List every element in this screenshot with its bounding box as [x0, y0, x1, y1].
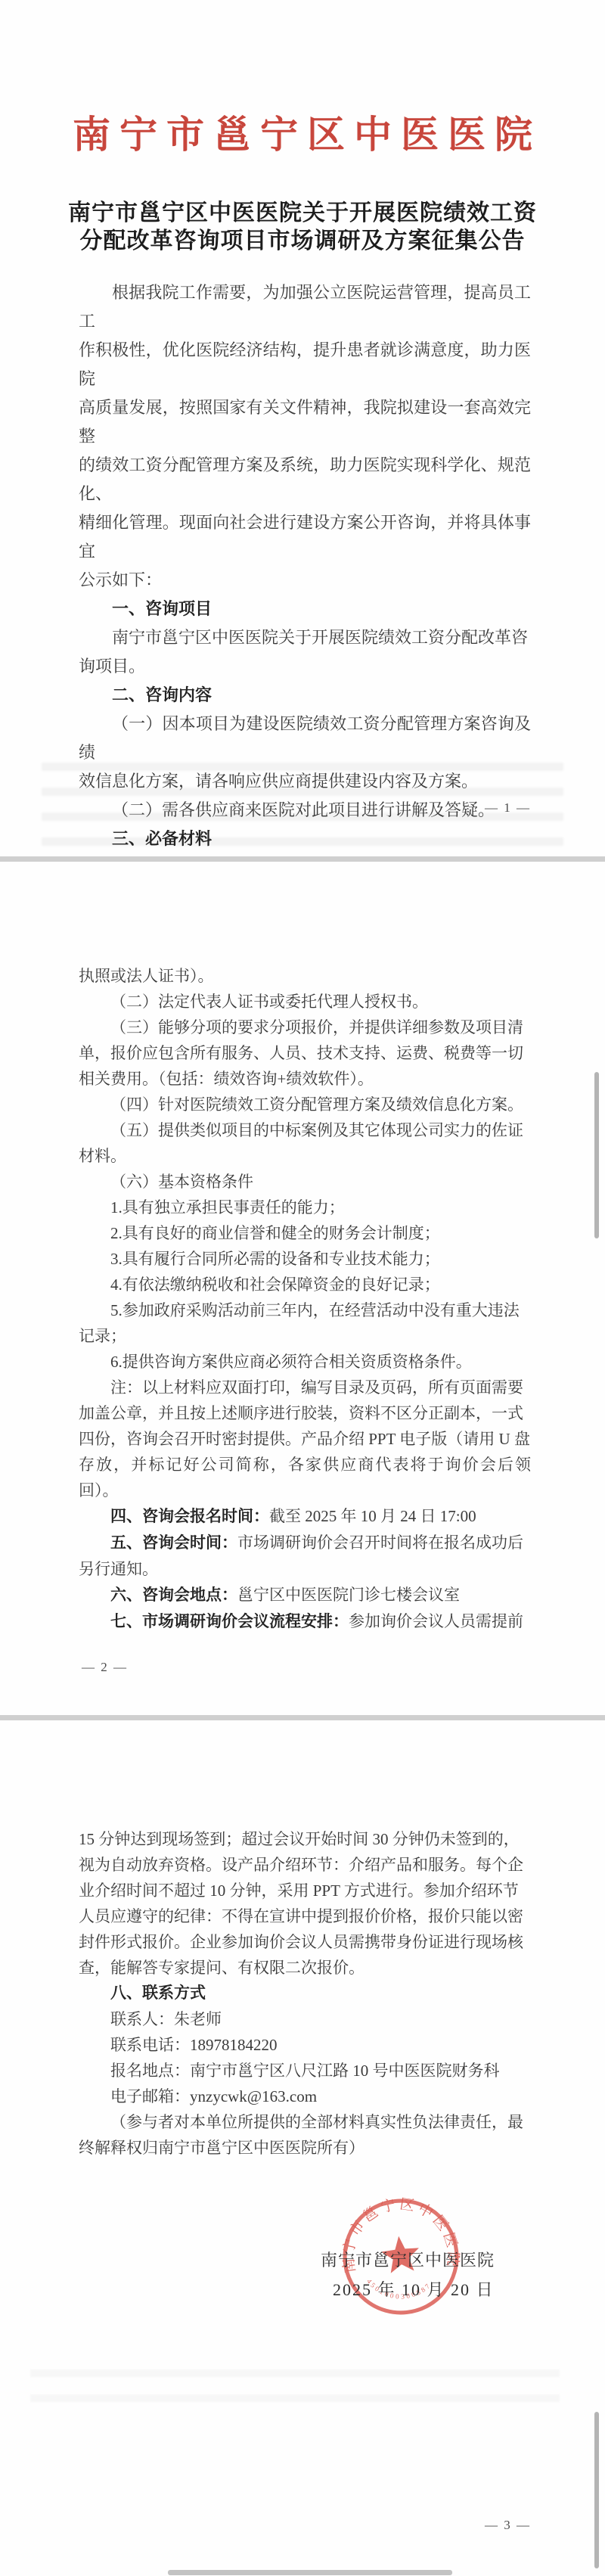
line-text: 邕宁区中医医院门诊七楼会议室: [237, 1586, 460, 1604]
vertical-scrollbar-thumb[interactable]: [594, 2412, 599, 2568]
text-line: 3.具有履行合同所必需的设备和专业技术能力；: [79, 1246, 531, 1272]
line-text: 根据我院工作需要，为加强公立医院运营管理，提高员工工: [79, 283, 531, 331]
text-line: 记录；: [79, 1323, 531, 1349]
line-text: 查，能解答专家提问、有权限二次报价。: [79, 1959, 365, 1977]
line-text: 单，报价应包含所有服务、人员、技术支持、运费、税费等一切: [79, 1044, 523, 1062]
line-text: 南宁市邕宁区中医医院关于开展医院绩效工资分配改革咨: [112, 628, 528, 647]
line-text: 效信息化方案，请各响应供应商提供建设内容及方案。: [79, 772, 478, 791]
text-line: 根据我院工作需要，为加强公立医院运营管理，提高员工工: [79, 278, 531, 336]
document-title-line2: 分配改革咨询项目市场调研及方案征集公告: [0, 222, 605, 255]
line-text: 视为自动放弃资格。设产品介绍环节：介绍产品和服务。每个企: [79, 1856, 523, 1874]
text-line: 一、咨询项目: [79, 595, 531, 623]
text-line: 1.具有独立承担民事责任的能力；: [79, 1195, 531, 1220]
text-line: 联系人：朱老师: [79, 2006, 531, 2032]
line-text: 4.有依法缴纳税收和社会保障资金的良好记录；: [110, 1276, 440, 1294]
line-text: 的绩效工资分配管理方案及系统，助力医院实现科学化、规范化、: [79, 455, 531, 503]
line-text: 6.提供咨询方案供应商必须符合相关资质资格条件。: [110, 1353, 472, 1371]
line-text: 加盖公章，并且按上述顺序进行胶装，资料不区分正副本，一式: [79, 1404, 523, 1422]
line-lead: 四、咨询会报名时间：: [110, 1508, 269, 1525]
line-text: 执照或法人证书）。: [79, 967, 214, 985]
text-line: （五）提供类似项目的中标案例及其它体现公司实力的佐证: [79, 1117, 531, 1143]
text-line: 作积极性，优化医院经济结构，提升患者就诊满意度，助力医院: [79, 336, 531, 393]
line-text: 1.具有独立承担民事责任的能力；: [110, 1198, 345, 1217]
text-line: （三）能够分项的要求分项报价，并提供详细参数及项目清: [79, 1015, 531, 1040]
text-line: 询项目。: [79, 652, 531, 681]
line-text: 高质量发展，按照国家有关文件精神，我院拟建设一套高效完整: [79, 398, 531, 446]
text-line: 精细化管理。现面向社会进行建设方案公开咨询，并将具体事宜: [79, 508, 531, 566]
line-text: 三、必备材料: [112, 829, 212, 848]
text-line: 封件形式报价。企业参加询价会议人员需携带身份证进行现场核: [79, 1929, 531, 1955]
line-text: （二）需各供应商来医院对此项目进行讲解及答疑。: [112, 800, 495, 819]
line-text: 15 分钟达到现场签到；超过会议开始时间 30 分钟仍未签到的，: [79, 1830, 520, 1848]
line-text: 报名地点：南宁市邕宁区八尺江路 10 号中医医院财务科: [110, 2062, 500, 2080]
line-text: （五）提供类似项目的中标案例及其它体现公司实力的佐证: [110, 1121, 523, 1139]
text-line: 6.提供咨询方案供应商必须符合相关资质资格条件。: [79, 1349, 531, 1375]
text-line: 业介绍时间不超过 10 分钟，采用 PPT 方式进行。参加介绍环节: [79, 1878, 531, 1903]
line-lead: 六、咨询会地点：: [110, 1586, 237, 1604]
line-text: 电子邮箱：ynzycwk@163.com: [110, 2087, 317, 2105]
line-text: 一、咨询项目: [112, 599, 212, 618]
line-text: 截至 2025 年 10 月 24 日 17:00: [269, 1507, 476, 1525]
line-text: （六）基本资格条件: [110, 1173, 253, 1191]
hospital-letterhead: 南宁市邕宁区中医医院: [0, 104, 605, 159]
text-line: 材料。: [79, 1143, 531, 1169]
text-line: 15 分钟达到现场签到；超过会议开始时间 30 分钟仍未签到的，: [79, 1826, 531, 1852]
line-text: 2.具有良好的商业信誉和健全的财务会计制度；: [110, 1224, 440, 1242]
line-text: 注：以上材料应双面打印，编写目录及页码，所有页面需要: [110, 1378, 523, 1397]
text-line: 执照或法人证书）。: [79, 963, 531, 989]
line-text: 市场调研询价会召开时间将在报名成功后: [237, 1533, 523, 1552]
line-text: （参与者对本单位所提供的全部材料真实性负法律责任，最: [110, 2113, 523, 2131]
page-2-body: 执照或法人证书）。（二）法定代表人证书或委托代理人授权书。（三）能够分项的要求分…: [79, 963, 531, 1635]
text-line: （二）需各供应商来医院对此项目进行讲解及答疑。: [79, 796, 531, 825]
signature-date: 2025 年 10 月 20 日: [333, 2277, 495, 2301]
print-through-ghosting: [30, 2369, 560, 2419]
line-text: （一）因本项目为建设医院绩效工资分配管理方案咨询及绩: [79, 714, 531, 762]
text-line: 报名地点：南宁市邕宁区八尺江路 10 号中医医院财务科: [79, 2058, 531, 2083]
text-line: 相关费用。（包括：绩效咨询+绩效软件）。: [79, 1066, 531, 1092]
page-3: 15 分钟达到现场签到；超过会议开始时间 30 分钟仍未签到的，视为自动放弃资格…: [0, 1720, 605, 2576]
vertical-scrollbar-thumb[interactable]: [594, 1072, 599, 1238]
text-line: 4.有依法缴纳税收和社会保障资金的良好记录；: [79, 1272, 531, 1297]
line-text: 另行通知。: [79, 1560, 158, 1578]
page-3-body: 15 分钟达到现场签到；超过会议开始时间 30 分钟仍未签到的，视为自动放弃资格…: [79, 1826, 531, 2161]
horizontal-scrollbar-thumb[interactable]: [168, 2570, 452, 2575]
line-text: 联系电话：18978184220: [110, 2036, 278, 2054]
line-text: 终解释权归南宁市邕宁区中医医院所有）: [79, 2139, 365, 2157]
text-line: （一）因本项目为建设医院绩效工资分配管理方案咨询及绩: [79, 710, 531, 767]
text-line: 南宁市邕宁区中医医院关于开展医院绩效工资分配改革咨: [79, 623, 531, 652]
line-text: 作积极性，优化医院经济结构，提升患者就诊满意度，助力医院: [79, 340, 531, 388]
line-lead: 七、市场调研询价会议流程安排：: [110, 1613, 349, 1630]
page-number-2: — 2 —: [82, 1660, 128, 1675]
line-text: （三）能够分项的要求分项报价，并提供详细参数及项目清: [110, 1018, 523, 1036]
text-line: 六、咨询会地点：邕宁区中医医院门诊七楼会议室: [79, 1582, 531, 1608]
text-line: （参与者对本单位所提供的全部材料真实性负法律责任，最: [79, 2109, 531, 2135]
text-line: 终解释权归南宁市邕宁区中医医院所有）: [79, 2135, 531, 2161]
line-text: 5.参加政府采购活动前三年内，在经营活动中没有重大违法: [110, 1301, 520, 1319]
text-line: 三、必备材料: [79, 825, 531, 853]
line-text: （二）法定代表人证书或委托代理人授权书。: [110, 993, 428, 1011]
text-line: 七、市场调研询价会议流程安排：参加询价会议人员需提前: [79, 1608, 531, 1635]
text-line: 联系电话：18978184220: [79, 2032, 531, 2058]
line-text: 人员应遵守的纪律：不得在宣讲中提到报价价格，报价只能以密: [79, 1907, 523, 1925]
text-line: 注：以上材料应双面打印，编写目录及页码，所有页面需要: [79, 1375, 531, 1400]
text-line: 四、咨询会报名时间：截至 2025 年 10 月 24 日 17:00: [79, 1503, 531, 1530]
line-text: 精细化管理。现面向社会进行建设方案公开咨询，并将具体事宜: [79, 513, 531, 561]
page-number-3: — 3 —: [485, 2518, 531, 2533]
line-text: 3.具有履行合同所必需的设备和专业技术能力；: [110, 1250, 440, 1268]
text-line: （六）基本资格条件: [79, 1169, 531, 1195]
text-line: 电子邮箱：ynzycwk@163.com: [79, 2083, 531, 2109]
page-divider: [0, 856, 605, 862]
page-2: 执照或法人证书）。（二）法定代表人证书或委托代理人授权书。（三）能够分项的要求分…: [0, 862, 605, 1715]
text-line: 四份，咨询会召开时密封提供。产品介绍 PPT 电子版（请用 U 盘: [79, 1426, 531, 1452]
text-line: 另行通知。: [79, 1556, 531, 1582]
text-line: 高质量发展，按照国家有关文件精神，我院拟建设一套高效完整: [79, 393, 531, 451]
text-line: （二）法定代表人证书或委托代理人授权书。: [79, 989, 531, 1015]
text-line: 效信息化方案，请各响应供应商提供建设内容及方案。: [79, 767, 531, 796]
text-line: 查，能解答专家提问、有权限二次报价。: [79, 1955, 531, 1981]
text-line: 2.具有良好的商业信誉和健全的财务会计制度；: [79, 1220, 531, 1246]
page-number-1: — 1 —: [485, 800, 531, 816]
line-text: 存放，并标记好公司简称，各家供应商代表将于询价会后领回）。: [79, 1456, 531, 1499]
line-lead: 五、咨询会时间：: [110, 1534, 237, 1552]
line-text: 询项目。: [79, 657, 145, 676]
page-1: 南宁市邕宁区中医医院 南宁市邕宁区中医医院关于开展医院绩效工资 分配改革咨询项目…: [0, 0, 605, 856]
text-line: 二、咨询内容: [79, 681, 531, 710]
line-text: 联系人：朱老师: [110, 2010, 222, 2028]
document-viewer: 南宁市邕宁区中医医院 南宁市邕宁区中医医院关于开展医院绩效工资 分配改革咨询项目…: [0, 0, 605, 2576]
line-text: 参加询价会议人员需提前: [349, 1612, 523, 1630]
text-line: 的绩效工资分配管理方案及系统，助力医院实现科学化、规范化、: [79, 451, 531, 508]
line-text: 材料。: [79, 1147, 126, 1165]
text-line: 人员应遵守的纪律：不得在宣讲中提到报价价格，报价只能以密: [79, 1903, 531, 1929]
line-text: 封件形式报价。企业参加询价会议人员需携带身份证进行现场核: [79, 1933, 523, 1951]
line-text: 相关费用。（包括：绩效咨询+绩效软件）。: [79, 1070, 374, 1088]
line-text: 四份，咨询会召开时密封提供。产品介绍 PPT 电子版（请用 U 盘: [79, 1430, 530, 1448]
text-line: 加盖公章，并且按上述顺序进行胶装，资料不区分正副本，一式: [79, 1400, 531, 1426]
text-line: 公示如下：: [79, 566, 531, 595]
text-line: 5.参加政府采购活动前三年内，在经营活动中没有重大违法: [79, 1297, 531, 1323]
line-text: 记录；: [79, 1327, 126, 1345]
line-text: 公示如下：: [79, 570, 162, 589]
text-line: 八、联系方式: [79, 1981, 531, 2006]
signature-hospital-name: 南宁市邕宁区中医医院: [321, 2248, 495, 2271]
line-text: （四）针对医院绩效工资分配管理方案及绩效信息化方案。: [110, 1095, 523, 1114]
text-line: 五、咨询会时间：市场调研询价会召开时间将在报名成功后: [79, 1530, 531, 1556]
text-line: 视为自动放弃资格。设产品介绍环节：介绍产品和服务。每个企: [79, 1852, 531, 1878]
line-text: 八、联系方式: [110, 1984, 206, 2002]
line-text: 二、咨询内容: [112, 685, 212, 704]
text-line: 存放，并标记好公司简称，各家供应商代表将于询价会后领回）。: [79, 1452, 531, 1503]
text-line: 单，报价应包含所有服务、人员、技术支持、运费、税费等一切: [79, 1040, 531, 1066]
line-text: 业介绍时间不超过 10 分钟，采用 PPT 方式进行。参加介绍环节: [79, 1882, 519, 1900]
page-divider: [0, 1715, 605, 1720]
text-line: （四）针对医院绩效工资分配管理方案及绩效信息化方案。: [79, 1092, 531, 1117]
